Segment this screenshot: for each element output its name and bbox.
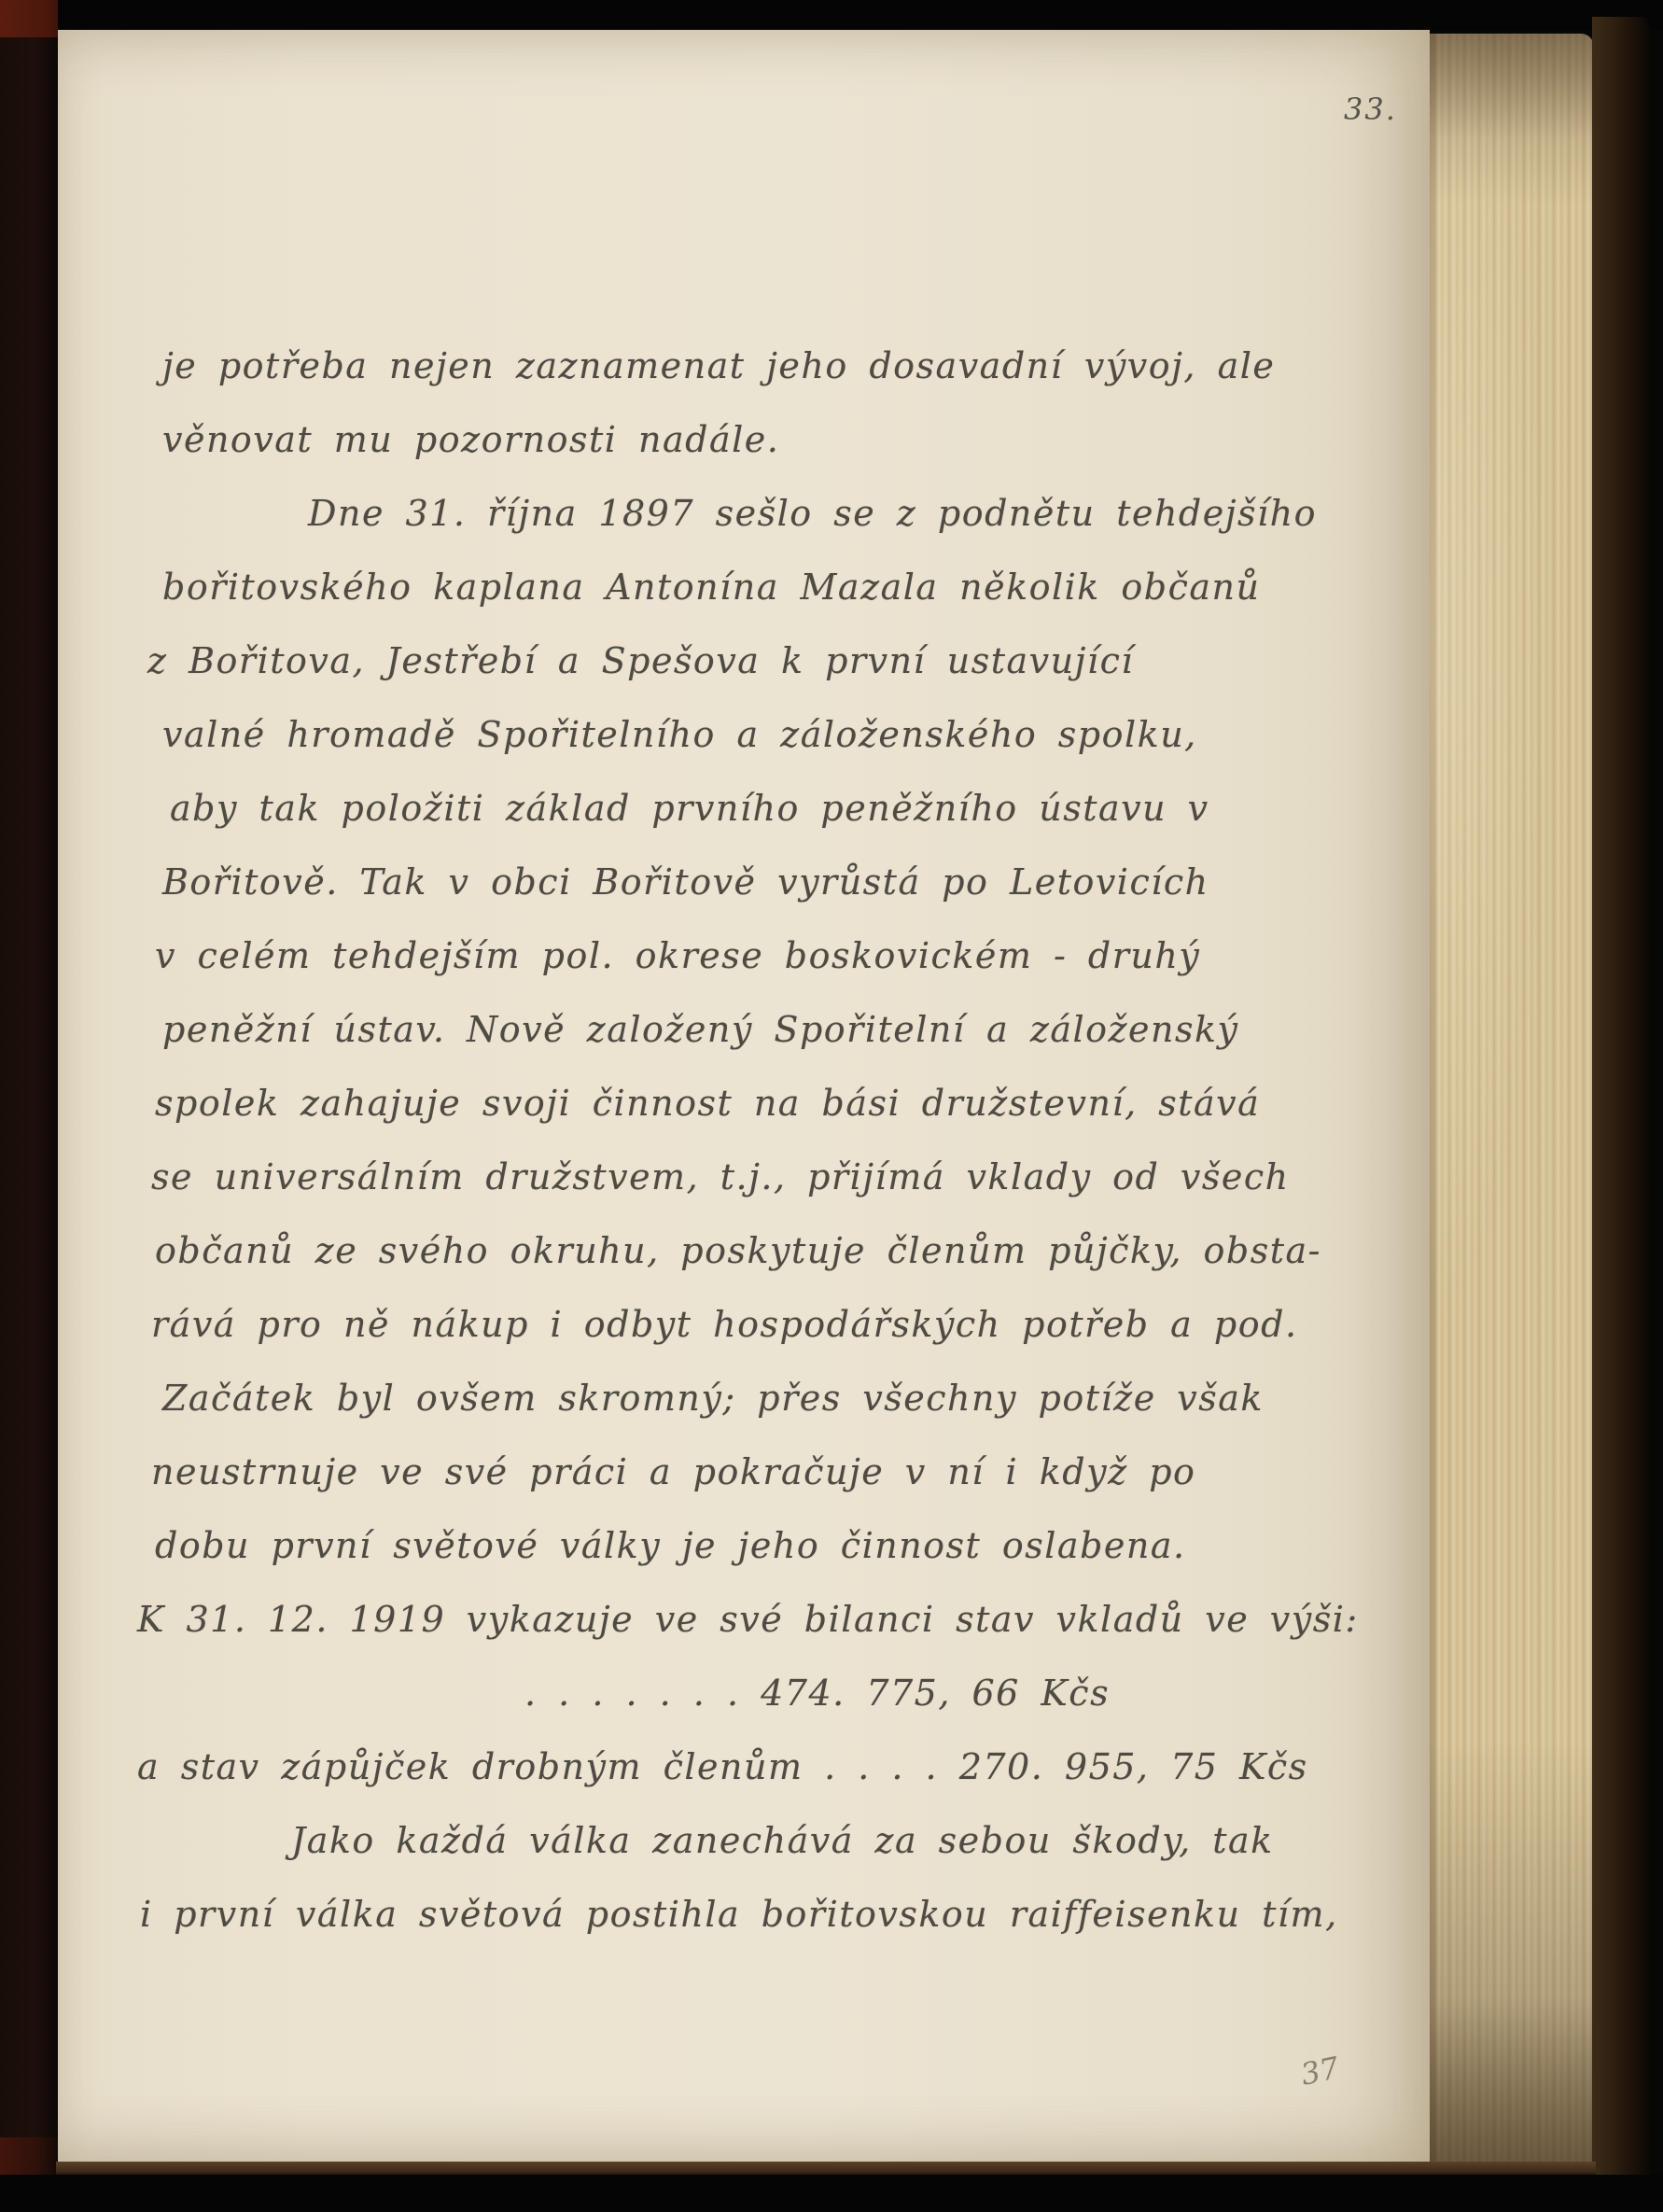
manuscript-line: Jako každá válka zanechává za sebou škod… [291, 1813, 1274, 1869]
manuscript-line: je potřeba nejen zaznamenat jeho dosavad… [162, 338, 1275, 394]
manuscript-page: 33. je potřeba nejen zaznamenat jeho dos… [58, 30, 1430, 2163]
manuscript-line: aby tak položiti základ prvního peněžníh… [170, 780, 1209, 836]
manuscript-line loan-amount-line: a stav zápůjček drobným členům . . . . 2… [137, 1739, 1308, 1795]
manuscript-line: občanů ze svého okruhu, poskytuje členům… [155, 1223, 1321, 1279]
pencil-page-number-bottom: 37 [1297, 2050, 1342, 2093]
manuscript-line: i první válka světová postihla bořitovsk… [140, 1886, 1338, 1942]
manuscript-line: dobu první světové války je jeho činnost… [155, 1518, 1186, 1574]
manuscript-line: se universálním družstvem, t.j., přijímá… [151, 1149, 1290, 1205]
book-fore-edge-page-stack [1430, 34, 1594, 2169]
manuscript-line: Bořitově. Tak v obci Bořitově vyrůstá po… [162, 854, 1209, 910]
manuscript-line: neustrnuje ve své práci a pokračuje v ní… [151, 1444, 1195, 1500]
manuscript-line: spolek zahajuje svoji činnost na bási dr… [155, 1075, 1260, 1131]
manuscript-line: Dne 31. října 1897 sešlo se z podnětu te… [308, 485, 1317, 541]
manuscript-line: Začátek byl ovšem skromný; přes všechny … [162, 1370, 1264, 1426]
manuscript-line: peněžní ústav. Nově založený Spořitelní … [162, 1001, 1239, 1057]
book-cover-left-edge [0, 0, 58, 2212]
manuscript-line: rává pro ně nákup i odbyt hospodářských … [151, 1296, 1298, 1352]
book-cover-right-edge [1592, 17, 1650, 2193]
scanned-book-photo: { "document": { "type": "handwritten chr… [0, 0, 1663, 2212]
manuscript-line: bořitovského kaplana Antonína Mazala něk… [162, 559, 1261, 615]
manuscript-line: v celém tehdejším pol. okrese boskovické… [155, 928, 1200, 984]
background-top-band [58, 0, 1663, 30]
manuscript-line: K 31. 12. 1919 vykazuje ve své bilanci s… [137, 1591, 1359, 1647]
manuscript-line: z Bořitova, Jestřebí a Spešova k první u… [147, 633, 1134, 689]
manuscript-line: věnovat mu pozornosti nadále. [162, 412, 779, 468]
background-bottom-band [0, 2175, 1663, 2212]
page-number: 33. [1344, 91, 1397, 127]
manuscript-line deposit-amount-line: . . . . . . . 474. 775, 66 Kčs [524, 1665, 1110, 1721]
manuscript-line: valné hromadě Spořitelního a záloženskéh… [162, 707, 1197, 763]
